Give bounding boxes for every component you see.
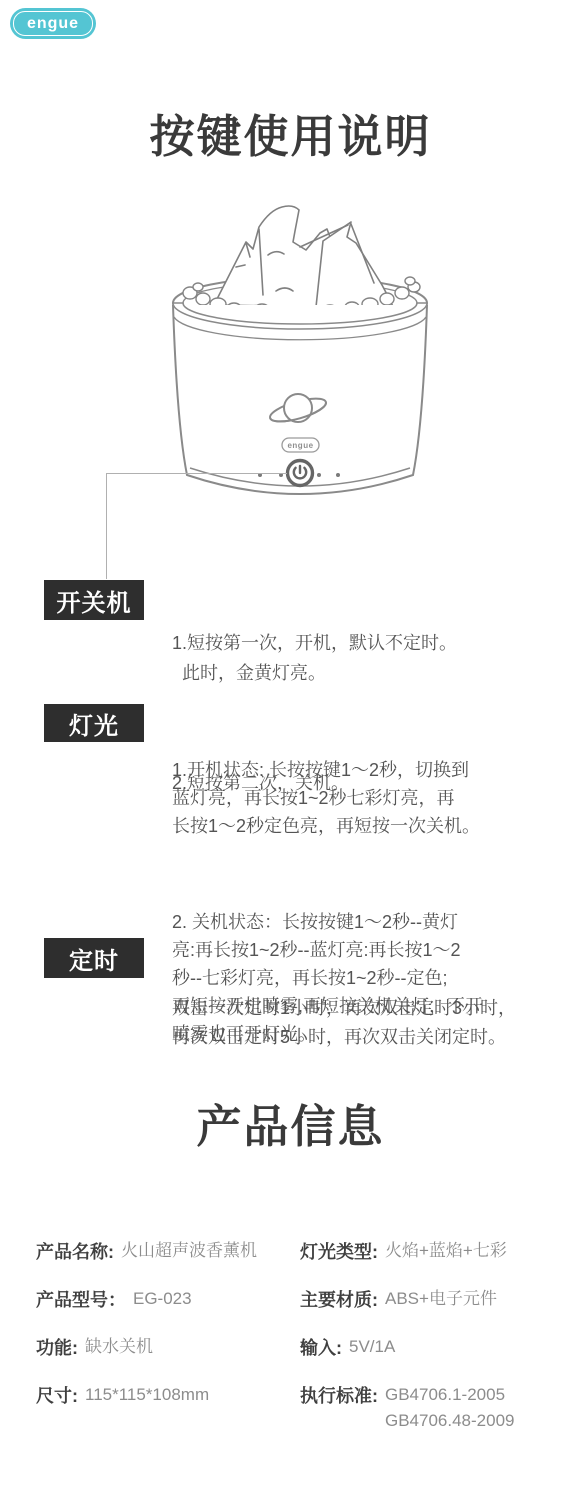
spec-label: 产品型号： bbox=[36, 1290, 126, 1310]
device-badge-text: engue bbox=[287, 441, 313, 450]
spec-label: 主要材质: bbox=[300, 1290, 378, 1310]
instruction-paragraph: 1.短按第一次，开机，默认不定时。 此时，金黄灯亮。 bbox=[172, 628, 564, 688]
product-info-title: 产品信息 bbox=[0, 1090, 581, 1155]
spec-row-model: 产品型号：EG-023 bbox=[36, 1286, 288, 1334]
spec-value: EG-023 bbox=[133, 1286, 192, 1312]
instruction-paragraph: 双击一次定时1小时，再次双击定时3小时， 再次双击定时5小时，再次双击关闭定时。 bbox=[172, 994, 564, 1052]
callout-line bbox=[106, 473, 287, 579]
usage-section-title: 按键使用说明 bbox=[0, 100, 581, 165]
spec-label: 尺寸: bbox=[36, 1386, 78, 1406]
spec-label: 执行标准: bbox=[300, 1386, 378, 1406]
spec-row-material: 主要材质:ABS+电子元件 bbox=[300, 1286, 572, 1334]
power-button-icon bbox=[288, 461, 313, 486]
spec-row-size: 尺寸:115*115*108mm bbox=[36, 1382, 288, 1430]
spec-value: 火焰+蓝焰+七彩 bbox=[385, 1238, 507, 1264]
label-light: 灯光 bbox=[44, 704, 144, 742]
brand-logo-border: engue bbox=[13, 11, 93, 36]
timer-instructions: 双击一次定时1小时，再次双击定时3小时， 再次双击定时5小时，再次双击关闭定时。 bbox=[172, 936, 564, 1110]
spec-value: 缺水关机 bbox=[85, 1334, 153, 1360]
spec-label: 功能: bbox=[36, 1338, 78, 1358]
spec-label: 灯光类型: bbox=[300, 1242, 378, 1262]
instruction-paragraph: 1.开机状态: 长按按键1～2秒，切换到 蓝灯亮，再长按1~2秒七彩灯亮，再 长… bbox=[172, 756, 564, 840]
spec-value: ABS+电子元件 bbox=[385, 1286, 497, 1312]
spec-row-light-type: 灯光类型:火焰+蓝焰+七彩 bbox=[300, 1238, 572, 1286]
spec-value: GB4706.1-2005 GB4706.48-2009 bbox=[385, 1382, 515, 1434]
brand-logo-text: engue bbox=[27, 15, 79, 33]
spec-row-standard: 执行标准:GB4706.1-2005 GB4706.48-2009 bbox=[300, 1382, 572, 1430]
mountain-icon bbox=[214, 206, 393, 307]
spec-row-product-name: 产品名称:火山超声波香薰机 bbox=[36, 1238, 288, 1286]
spec-label: 输入: bbox=[300, 1338, 342, 1358]
label-timer: 定时 bbox=[44, 938, 144, 978]
spec-value: 115*115*108mm bbox=[85, 1382, 209, 1408]
device-badge: engue bbox=[282, 438, 319, 452]
label-power-switch: 开关机 bbox=[44, 580, 144, 620]
spec-label: 产品名称: bbox=[36, 1242, 114, 1262]
brand-logo: engue bbox=[10, 8, 96, 39]
spec-value: 5V/1A bbox=[349, 1334, 395, 1360]
spec-column-left: 产品名称:火山超声波香薰机 产品型号：EG-023 功能:缺水关机 尺寸:115… bbox=[36, 1238, 288, 1430]
spec-row-function: 功能:缺水关机 bbox=[36, 1334, 288, 1382]
spec-column-right: 灯光类型:火焰+蓝焰+七彩 主要材质:ABS+电子元件 输入:5V/1A 执行标… bbox=[300, 1238, 572, 1430]
spec-row-input: 输入:5V/1A bbox=[300, 1334, 572, 1382]
product-infographic-page: engue 按键使用说明 bbox=[0, 0, 581, 1500]
spec-value: 火山超声波香薰机 bbox=[121, 1238, 257, 1264]
